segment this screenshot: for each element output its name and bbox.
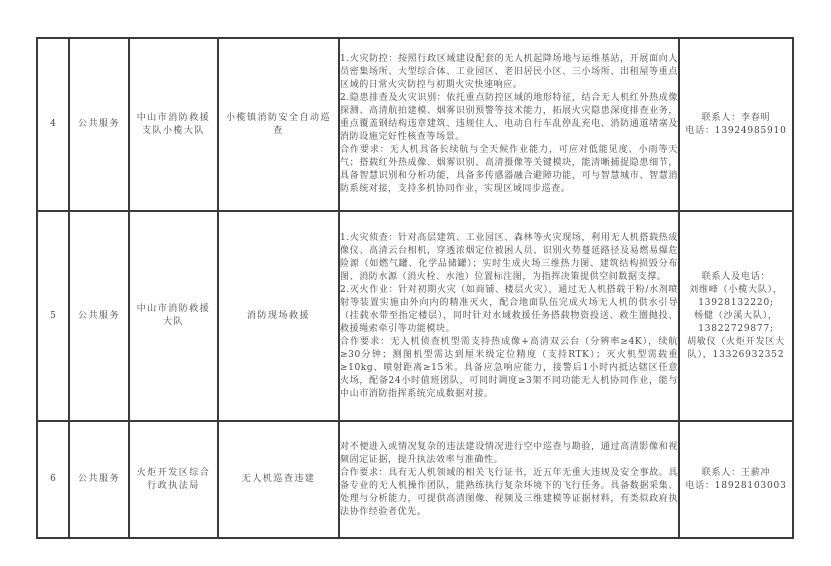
row-number: 4	[37, 38, 69, 211]
project-cell: 小榄镇消防安全自动巡查	[218, 38, 339, 211]
unit-text: 中山市消防救援大队	[130, 303, 217, 329]
table-row: 6 公共服务 火炬开发区综合行政执法局 无人机巡查违建 对不便进入或情况复杂的违…	[37, 421, 793, 538]
description-cell: 对不便进入或情况复杂的违法建设情况进行空中巡查与勘验，通过高清影像和视频固定证据…	[339, 421, 679, 538]
description-paragraph: 2.隐患排查及火灾识别：依托重点防控区域的地形特征，结合无人机红外热成像探测、高…	[340, 92, 678, 144]
unit-cell: 中山市消防救援支队小榄大队	[129, 38, 218, 211]
category-cell: 公共服务	[69, 38, 129, 211]
description-paragraph: 1.火灾防控：按照行政区域建设配套的无人机起降场地与运维基站，开展面向人员密集场…	[340, 53, 678, 92]
description-cell: 1.火灾防控：按照行政区域建设配套的无人机起降场地与运维基站，开展面向人员密集场…	[339, 38, 679, 211]
contact-phone: 13928132220;	[680, 297, 792, 310]
category-text: 公共服务	[78, 474, 120, 484]
unit-cell: 中山市消防救援大队	[129, 211, 218, 421]
description-paragraph: 对不便进入或情况复杂的违法建设情况进行空中巡查与勘验，通过高清影像和视频固定证据…	[340, 441, 678, 467]
category-cell: 公共服务	[69, 421, 129, 538]
category-text: 公共服务	[78, 119, 120, 129]
project-text: 小榄镇消防安全自动巡查	[219, 112, 338, 138]
contact-phone: 队），13326932352	[680, 349, 792, 362]
contact-cell: 联系人：李春明 电话：13924985910	[679, 38, 793, 211]
row-number: 6	[37, 421, 69, 538]
cooperation-requirements: 合作要求：无人机具备长续航与全天候作业能力，可应对低能见度、小雨等天气；搭载红外…	[340, 144, 678, 196]
unit-cell: 火炬开发区综合行政执法局	[129, 421, 218, 538]
contact-person: 杨健（沙溪大队），	[680, 310, 792, 323]
unit-text: 中山市消防救援支队小榄大队	[130, 112, 217, 138]
contact-header: 联系人及电话：	[680, 271, 792, 284]
project-cell: 消防现场救援	[218, 211, 339, 421]
project-text: 消防现场救援	[219, 310, 338, 323]
category-cell: 公共服务	[69, 211, 129, 421]
project-table: 4 公共服务 中山市消防救援支队小榄大队 小榄镇消防安全自动巡查 1.火灾防控：…	[36, 37, 794, 539]
contact-person: 联系人：李春明	[680, 112, 792, 125]
contact-cell: 联系人：王薪冲 电话：18928103003	[679, 421, 793, 538]
table-row: 4 公共服务 中山市消防救援支队小榄大队 小榄镇消防安全自动巡查 1.火灾防控：…	[37, 38, 793, 211]
contact-phone: 电话：13924985910	[680, 125, 792, 138]
contact-person: 刘维峰（小榄大队），	[680, 284, 792, 297]
description-paragraph: 1.火灾侦查：针对高层建筑、工业园区、森林等火灾现场，利用无人机搭载热成像仪、高…	[340, 232, 678, 284]
contact-phone: 电话：18928103003	[680, 480, 792, 493]
table-row: 5 公共服务 中山市消防救援大队 消防现场救援 1.火灾侦查：针对高层建筑、工业…	[37, 211, 793, 421]
cooperation-requirements: 合作要求：无人机侦查机型需支持热成像+高清双云台（分辨率≥4K），续航≥30分钟…	[340, 336, 678, 401]
description-cell: 1.火灾侦查：针对高层建筑、工业园区、森林等火灾现场，利用无人机搭载热成像仪、高…	[339, 211, 679, 421]
contact-person: 胡敏仪（火炬开发区大	[680, 336, 792, 349]
contact-person: 联系人：王薪冲	[680, 467, 792, 480]
contact-cell: 联系人及电话： 刘维峰（小榄大队）， 13928132220; 杨健（沙溪大队）…	[679, 211, 793, 421]
description-paragraph: 2.灭火作业：针对初期火灾（如商铺、楼层火灾），通过无人机搭载干粉/水剂喷射等装…	[340, 284, 678, 336]
unit-text: 火炬开发区综合行政执法局	[130, 467, 217, 493]
project-text: 无人机巡查违建	[219, 473, 338, 486]
project-cell: 无人机巡查违建	[218, 421, 339, 538]
category-text: 公共服务	[78, 311, 120, 321]
contact-phone: 13822729877;	[680, 323, 792, 336]
row-number: 5	[37, 211, 69, 421]
cooperation-requirements: 合作要求：具有无人机领域的相关飞行证书，近五年无重大违规及安全事故。具备专业的无…	[340, 467, 678, 519]
